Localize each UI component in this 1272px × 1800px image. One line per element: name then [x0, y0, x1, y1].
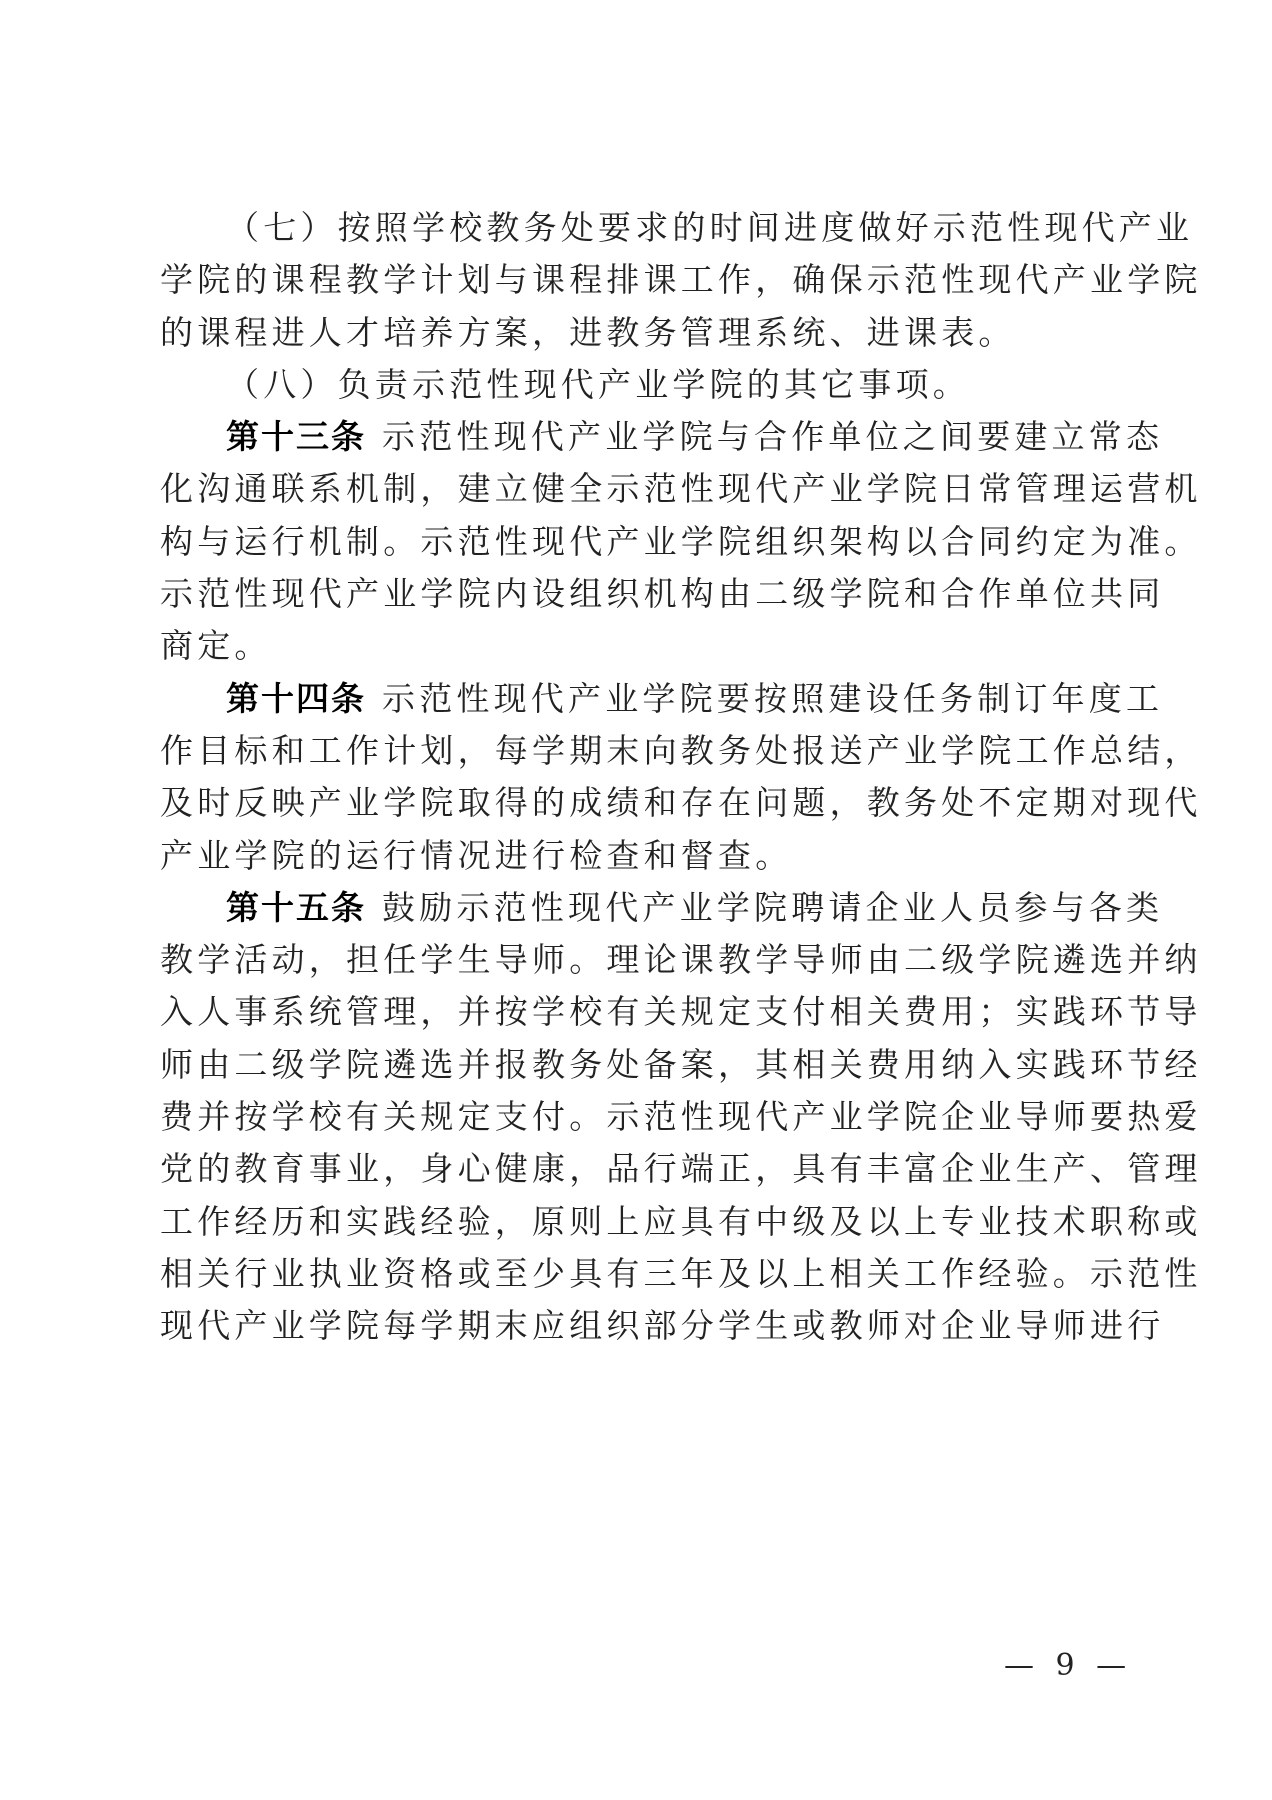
item-7-line-3: 的课程进人才培养方案，进教务管理系统、进课表。: [160, 307, 1114, 359]
article-14-heading: 第十四条: [226, 679, 366, 718]
article-15-text: 鼓励示范性现代产业学院聘请企业人员参与各类: [382, 888, 1163, 927]
article-14-line-1: 第十四条示范性现代产业学院要按照建设任务制订年度工: [160, 673, 1114, 725]
article-15-heading: 第十五条: [226, 888, 366, 927]
document-page: （七）按照学校教务处要求的时间进度做好示范性现代产业 学院的课程教学计划与课程排…: [0, 0, 1272, 1800]
article-13-heading: 第十三条: [226, 417, 366, 456]
article-15-line-7: 工作经历和实践经验，原则上应具有中级及以上专业技术职称或: [160, 1196, 1114, 1248]
article-15-line-2: 教学活动，担任学生导师。理论课教学导师由二级学院遴选并纳: [160, 934, 1114, 986]
article-15-line-8: 相关行业执业资格或至少具有三年及以上相关工作经验。示范性: [160, 1248, 1114, 1300]
article-15-line-5: 费并按学校有关规定支付。示范性现代产业学院企业导师要热爱: [160, 1091, 1114, 1143]
article-13-line-4: 示范性现代产业学院内设组织机构由二级学院和合作单位共同: [160, 568, 1114, 620]
article-15-line-4: 师由二级学院遴选并报教务处备案，其相关费用纳入实践环节经: [160, 1039, 1114, 1091]
article-14-line-4: 产业学院的运行情况进行检查和督查。: [160, 830, 1114, 882]
article-13-line-2: 化沟通联系机制，建立健全示范性现代产业学院日常管理运营机: [160, 463, 1114, 515]
article-14-line-2: 作目标和工作计划，每学期末向教务处报送产业学院工作总结，: [160, 725, 1114, 777]
article-14-text: 示范性现代产业学院要按照建设任务制订年度工: [382, 679, 1163, 718]
item-7-line-2: 学院的课程教学计划与课程排课工作，确保示范性现代产业学院: [160, 254, 1114, 306]
article-15-line-3: 入人事系统管理，并按学校有关规定支付相关费用；实践环节导: [160, 986, 1114, 1038]
article-14-line-3: 及时反映产业学院取得的成绩和存在问题，教务处不定期对现代: [160, 777, 1114, 829]
item-7-line-1: （七）按照学校教务处要求的时间进度做好示范性现代产业: [160, 202, 1114, 254]
item-8-line-1: （八）负责示范性现代产业学院的其它事项。: [160, 359, 1114, 411]
article-15-line-6: 党的教育事业，身心健康，品行端正，具有丰富企业生产、管理: [160, 1143, 1114, 1195]
article-15-line-1: 第十五条鼓励示范性现代产业学院聘请企业人员参与各类: [160, 882, 1114, 934]
body-text: （七）按照学校教务处要求的时间进度做好示范性现代产业 学院的课程教学计划与课程排…: [160, 202, 1114, 1353]
article-15-line-9: 现代产业学院每学期末应组织部分学生或教师对企业导师进行: [160, 1300, 1114, 1352]
article-13-text: 示范性现代产业学院与合作单位之间要建立常态: [382, 417, 1163, 456]
article-13-line-1: 第十三条示范性现代产业学院与合作单位之间要建立常态: [160, 411, 1114, 463]
article-13-line-5: 商定。: [160, 620, 1114, 672]
page-number: — 9 —: [1004, 1648, 1132, 1683]
article-13-line-3: 构与运行机制。示范性现代产业学院组织架构以合同约定为准。: [160, 516, 1114, 568]
